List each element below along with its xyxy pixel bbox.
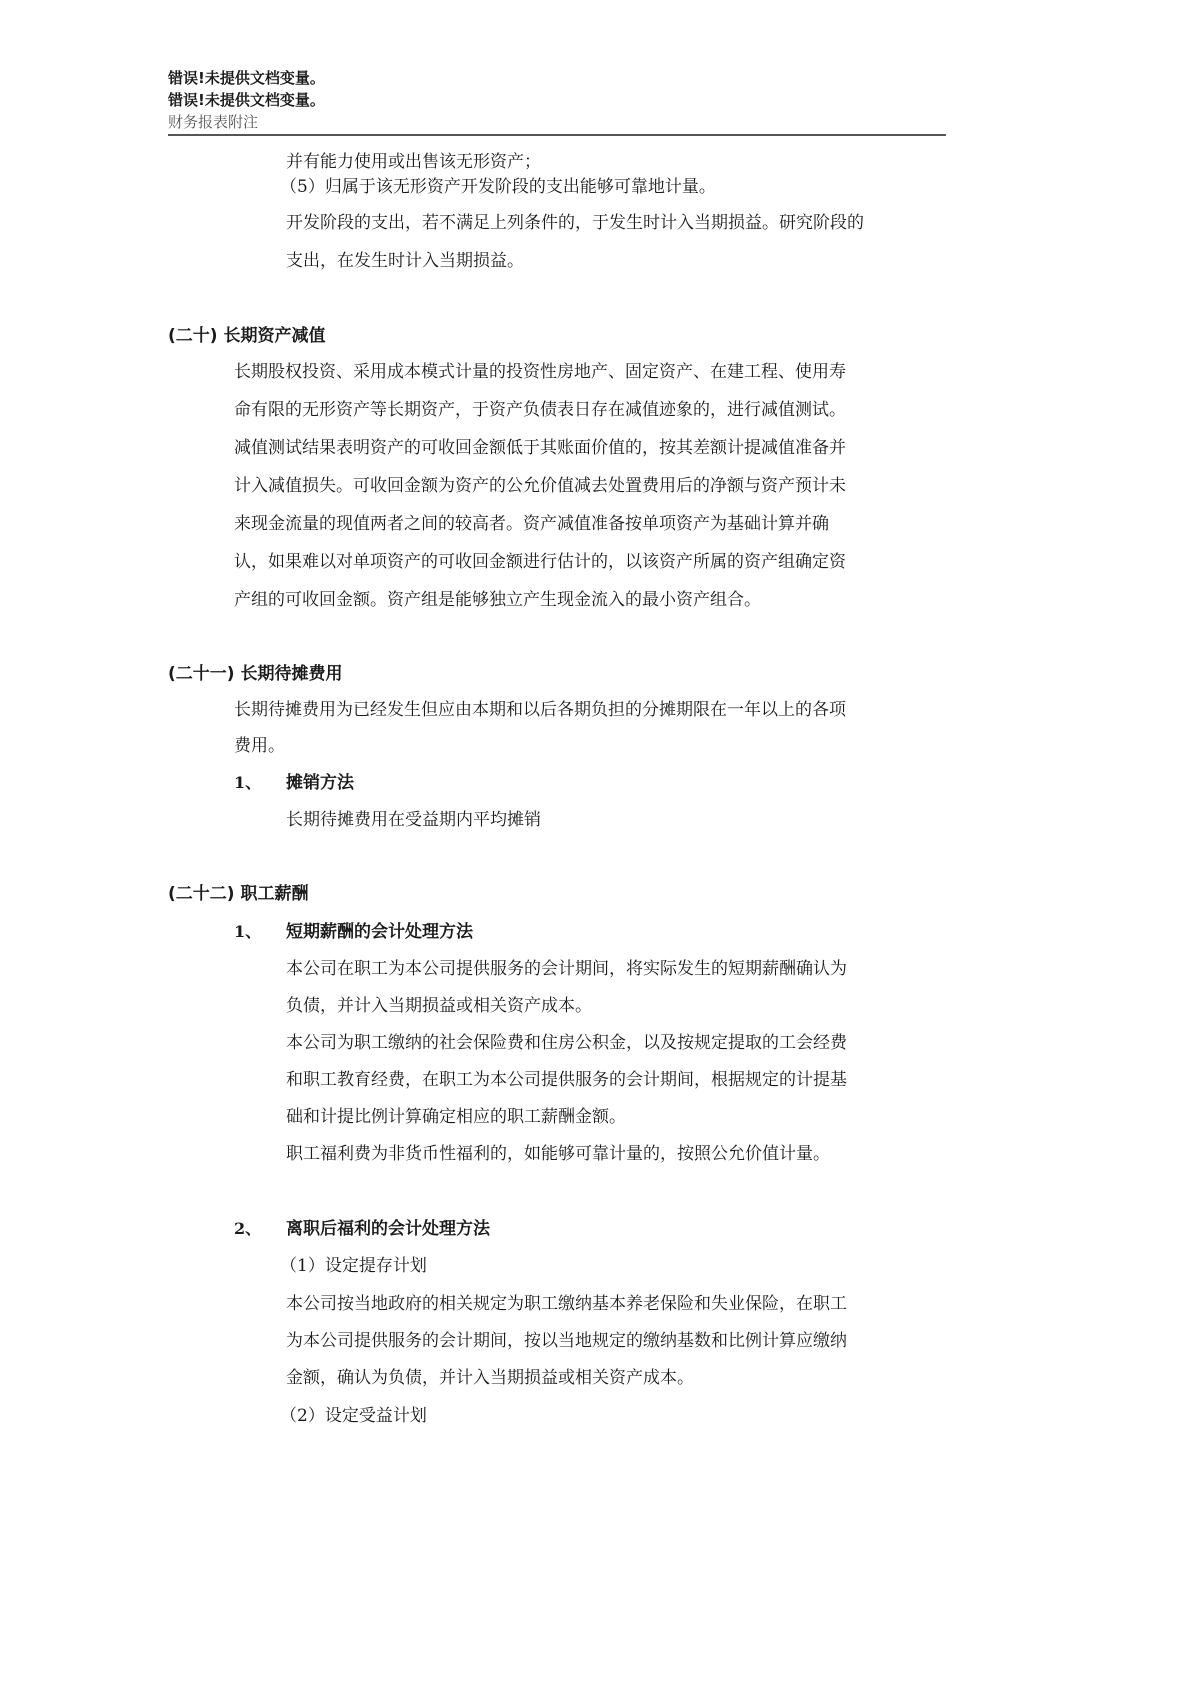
section-title: (二十一) 长期待摊费用 — [168, 662, 342, 686]
paragraph-line: 本公司按当地政府的相关规定为职工缴纳基本养老保险和失业保险，在职工 — [286, 1292, 847, 1316]
paragraph-line: 本公司为职工缴纳的社会保险费和住房公积金，以及按规定提取的工会经费 — [286, 1031, 847, 1055]
paragraph-line: 长期待摊费用为已经发生但应由本期和以后各期负担的分摊期限在一年以上的各项 — [234, 698, 846, 722]
paragraph-line: 计入减值损失。可收回金额为资产的公允价值减去处置费用后的净额与资产预计未 — [234, 474, 846, 498]
paragraph-line: （2）设定受益计划 — [280, 1404, 427, 1428]
paragraph-line: 认，如果难以对单项资产的可收回金额进行估计的，以该资产所属的资产组确定资 — [234, 550, 846, 574]
paragraph-line: 减值测试结果表明资产的可收回金额低于其账面价值的，按其差额计提减值准备并 — [234, 436, 846, 460]
paragraph-line: 支出，在发生时计入当期损益。 — [286, 249, 524, 273]
subsection-number: 1、 — [234, 920, 261, 944]
paragraph-line: 职工福利费为非货币性福利的，如能够可靠计量的，按照公允价值计量。 — [286, 1142, 830, 1166]
header-subtitle: 财务报表附注 — [168, 112, 258, 133]
paragraph-line: （5）归属于该无形资产开发阶段的支出能够可靠地计量。 — [280, 175, 716, 199]
paragraph-line: 负债，并计入当期损益或相关资产成本。 — [286, 994, 592, 1018]
paragraph-line: 长期股权投资、采用成本模式计量的投资性房地产、固定资产、在建工程、使用寿 — [234, 360, 846, 384]
subsection-number: 2、 — [234, 1217, 261, 1241]
header-error-line-2: 错误!未提供文档变量。 — [168, 90, 325, 111]
subsection-number: 1、 — [234, 771, 261, 795]
paragraph-line: 为本公司提供服务的会计期间，按以当地规定的缴纳基数和比例计算应缴纳 — [286, 1329, 847, 1353]
paragraph-line: 和职工教育经费，在职工为本公司提供服务的会计期间，根据规定的计提基 — [286, 1068, 847, 1092]
subsection-title: 短期薪酬的会计处理方法 — [286, 920, 473, 944]
paragraph-line: 开发阶段的支出，若不满足上列条件的，于发生时计入当期损益。研究阶段的 — [286, 211, 864, 235]
paragraph-line: 产组的可收回金额。资产组是能够独立产生现金流入的最小资产组合。 — [234, 588, 761, 612]
paragraph-line: 命有限的无形资产等长期资产，于资产负债表日存在减值迹象的，进行减值测试。 — [234, 398, 846, 422]
paragraph-line: 金额，确认为负债，并计入当期损益或相关资产成本。 — [286, 1366, 694, 1390]
subsection-title: 摊销方法 — [286, 771, 354, 795]
paragraph-line: 长期待摊费用在受益期内平均摊销 — [286, 808, 541, 832]
paragraph-line: 并有能力使用或出售该无形资产； — [286, 150, 541, 174]
subsection-title: 离职后福利的会计处理方法 — [286, 1217, 490, 1241]
paragraph-line: （1）设定提存计划 — [280, 1254, 427, 1278]
section-title: (二十) 长期资产减值 — [168, 324, 325, 348]
header-error-line-1: 错误!未提供文档变量。 — [168, 68, 325, 89]
paragraph-line: 费用。 — [234, 734, 285, 758]
header-divider — [168, 134, 946, 136]
section-title: (二十二) 职工薪酬 — [168, 882, 308, 906]
paragraph-line: 础和计提比例计算确定相应的职工薪酬金额。 — [286, 1105, 626, 1129]
paragraph-line: 本公司在职工为本公司提供服务的会计期间，将实际发生的短期薪酬确认为 — [286, 957, 847, 981]
paragraph-line: 来现金流量的现值两者之间的较高者。资产减值准备按单项资产为基础计算并确 — [234, 512, 829, 536]
